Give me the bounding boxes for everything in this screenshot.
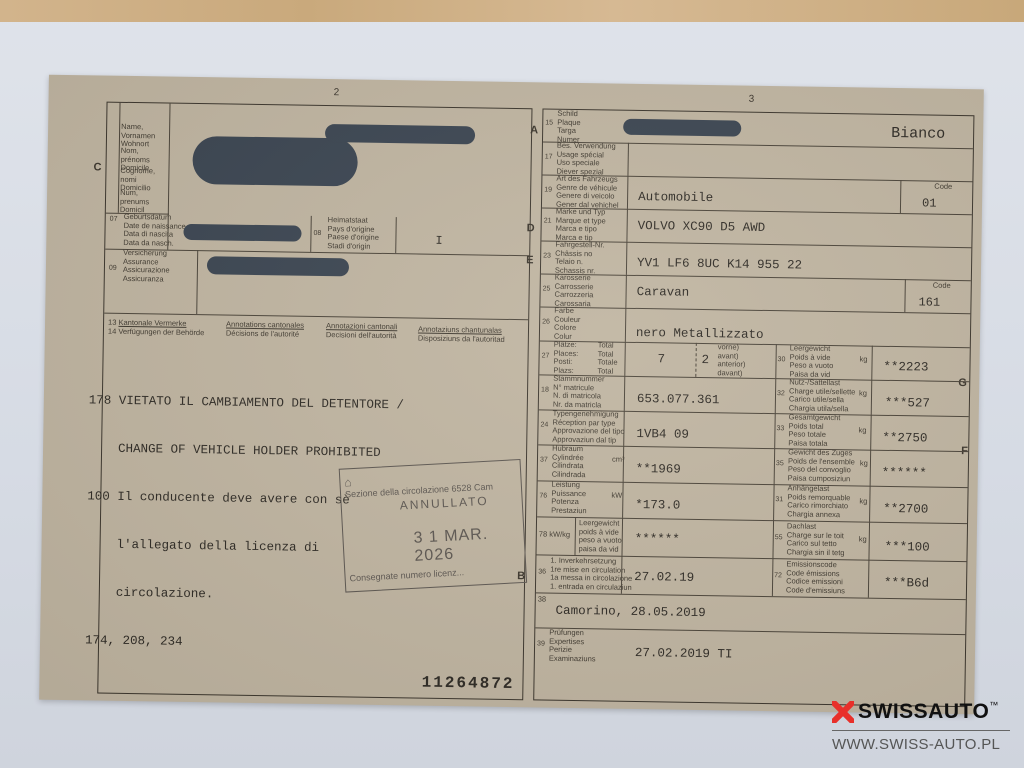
- section-letter-c: C: [93, 161, 101, 173]
- holder-panel: Name, Vornamen Wohnort Nom, prénoms Domi…: [97, 102, 532, 701]
- redacted-birthdate: [183, 224, 301, 242]
- vehicle-type-value: Automobile: [638, 190, 713, 205]
- row-payload: 32 Nutz-/SattellastCharge utile/sellette…: [775, 378, 970, 417]
- row-empty-weight: 30 LeergewichtPoids à vide Peso a vuotoP…: [775, 344, 970, 382]
- seats-total-value: 7: [657, 352, 665, 366]
- vin-value: YV1 LF6 8UC K14 955 22: [637, 256, 802, 273]
- seats-front-value: 2: [701, 353, 709, 367]
- brand-name: SWISSAUTO™: [858, 700, 999, 724]
- insurance-row: 09 Versicherung Assurance Assicurazione …: [104, 249, 529, 321]
- divider: [196, 250, 198, 314]
- swissauto-cross-icon: [832, 701, 854, 723]
- redacted-holder-name: [192, 136, 358, 187]
- towing-capacity-value: **2700: [883, 502, 928, 517]
- page-number-left: 2: [334, 87, 340, 98]
- divider: [395, 217, 397, 253]
- section-letter-d: D: [527, 222, 535, 234]
- make-model-value: VOLVO XC90 D5 AWD: [638, 219, 766, 235]
- serial-number: 11264872: [422, 674, 515, 693]
- field-07-label: 07 Geburtsdatum Date de naissance Data d…: [110, 215, 122, 225]
- divider: [310, 216, 312, 252]
- combination-weight-value: ******: [882, 466, 927, 481]
- power-value: *173.0: [635, 498, 680, 513]
- stamp-footer: Consegnate numero licenz...: [349, 567, 464, 583]
- redacted-holder-address: [325, 124, 475, 144]
- emission-code-value: ***B6d: [884, 576, 929, 591]
- row-first-registration: 36 1. Inverkehrsetzung1re mise en circul…: [536, 554, 773, 596]
- cancellation-stamp: ⌂ Sezione della circolazione 6528 Cam AN…: [339, 459, 527, 593]
- row-power-weight: 78 kW/kg Leergewichtpoids à vide peso a …: [536, 516, 773, 559]
- section-letter-b: B: [517, 570, 525, 582]
- row-emission-code: 72 EmissionscodeCode émissions Codice em…: [772, 558, 967, 599]
- body-type-code: 161: [918, 295, 940, 309]
- wooden-table-edge: [0, 0, 1024, 22]
- vehicle-panel: 15 SchildPlaque TargaNumer Bianco 17 Bes…: [533, 108, 974, 707]
- page-number-right: 3: [749, 94, 755, 105]
- plate-color-value: Bianco: [891, 125, 945, 143]
- vehicle-registration-document: 2 C Name, Vornamen Wohnort Nom, prénoms …: [39, 75, 984, 715]
- section-letter-a: A: [530, 124, 538, 136]
- annotation-line: CHANGE OF VEHICLE HOLDER PROHIBITED: [88, 440, 403, 461]
- row-towing-capacity: 31 AnhängelastPoids remorquable Carico r…: [773, 484, 968, 524]
- right-technical-column: 30 LeergewichtPoids à vide Peso a vuotoP…: [772, 344, 970, 599]
- first-registration-value: 27.02.19: [634, 570, 694, 585]
- row-total-weight: 33 GesamtgewichtPoids total Peso totaleP…: [774, 413, 969, 452]
- matriculation-value: 653.077.361: [637, 392, 720, 407]
- issue-place-date-value: Camorino, 28.05.2019: [555, 604, 705, 620]
- stamp-date: 3 1 MAR. 2026: [413, 524, 525, 566]
- redacted-insurance: [207, 256, 349, 276]
- redacted-plate: [623, 119, 741, 137]
- type-approval-value: 1VB4 09: [636, 427, 689, 442]
- row-combination-weight: 35 Gewicht des ZugesPoids de l'ensemble …: [774, 448, 969, 488]
- left-technical-column: 27 Plätze:Places: Posti:Plazs: TotalTota…: [536, 340, 777, 596]
- holder-label-block: Name, Vornamen Wohnort Nom, prénoms Domi…: [106, 103, 171, 215]
- row-roof-load: 55 DachlastCharge sur le toit Carico sul…: [772, 520, 967, 562]
- swissauto-watermark: SWISSAUTO™ WWW.SWISS-AUTO.PL: [832, 698, 1012, 758]
- stamp-status: ANNULLATO: [399, 494, 489, 513]
- roof-load-value: ***100: [885, 540, 930, 555]
- inspection-value: 27.02.2019 TI: [635, 646, 733, 662]
- divider: [832, 730, 1010, 731]
- brand-url: WWW.SWISS-AUTO.PL: [832, 736, 1000, 753]
- power-weight-value: ******: [635, 532, 680, 547]
- color-value: nero Metallizzato: [636, 326, 764, 342]
- total-weight-value: **2750: [882, 431, 927, 446]
- stamp-emblem-icon: ⌂: [344, 475, 352, 489]
- displacement-value: **1969: [636, 462, 681, 477]
- row-inspections: 39 PrüfungenExpertises PerizieExaminaziu…: [534, 626, 965, 705]
- origin-country-value: I: [435, 234, 442, 248]
- empty-weight-value: **2223: [883, 360, 928, 375]
- annotation-line: 174, 208, 234: [85, 632, 400, 653]
- section-letter-e: E: [526, 254, 534, 266]
- annotations-header: 13 Kantonale Vermerke 14 Verfügungen der…: [104, 319, 528, 356]
- holder-side-strip: [108, 103, 121, 213]
- payload-value: ***527: [885, 396, 930, 411]
- annotation-line: 178 VIETATO IL CAMBIAMENTO DEL DETENTORE…: [89, 392, 404, 413]
- body-type-value: Caravan: [637, 285, 690, 300]
- row-power: 76 LeistungPuissance PotenzaPrestaziun k…: [537, 480, 774, 521]
- vehicle-type-code: 01: [922, 196, 937, 210]
